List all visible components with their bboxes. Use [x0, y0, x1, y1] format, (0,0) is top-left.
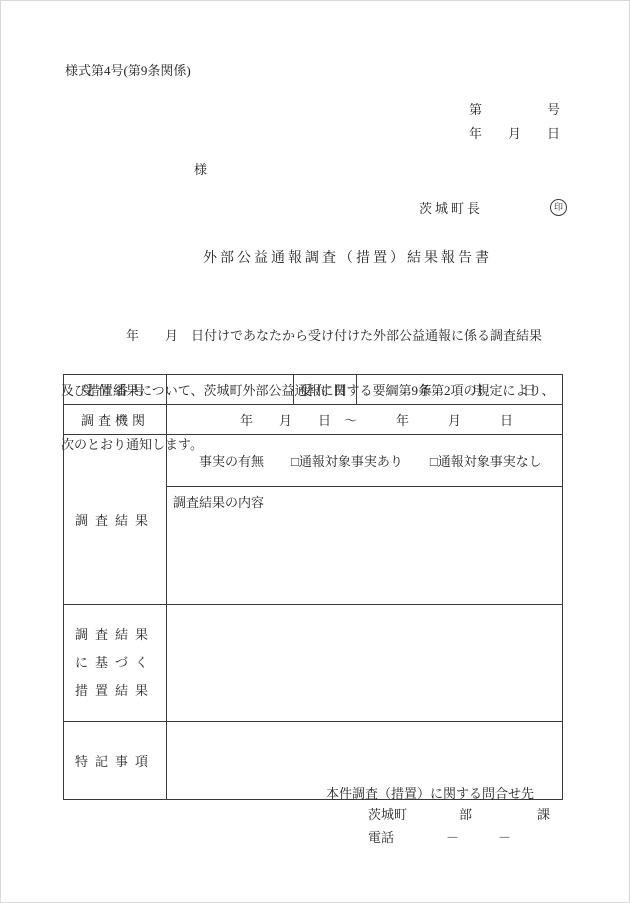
fact-presence-cell: 事実の有無□通報対象事実あり□通報対象事実なし — [167, 435, 563, 487]
reception-number-label: 受付番号 — [64, 375, 167, 405]
measures-label-line-3: 措置結果 — [64, 677, 166, 705]
seal-icon: 印 — [550, 199, 567, 216]
result-content-cell: 調査結果の内容 — [167, 487, 563, 605]
checkbox-facts-present: □通報対象事実あり — [291, 454, 403, 469]
issue-date-line: 年 月 日 — [469, 126, 560, 142]
reception-date-value: 年 月 日 — [357, 375, 563, 405]
result-content-label: 調査結果の内容 — [173, 495, 264, 510]
document-title: 外部公益通報調査（措置）結果報告書 — [203, 251, 492, 267]
report-form-table: 受付番号 受付日 年 月 日 調査機関 年 月 日 ～ 年 月 日 調査結果 事… — [63, 374, 563, 800]
sender-name: 茨城町長 — [419, 201, 483, 217]
investigation-agency-label: 調査機関 — [64, 405, 167, 435]
contact-heading: 本件調査（措置）に関する問合せ先 — [326, 786, 534, 802]
measures-result-label: 調査結果 に基づく 措置結果 — [64, 605, 167, 722]
addressee-honorific: 様 — [194, 162, 207, 178]
investigation-result-label: 調査結果 — [64, 435, 167, 605]
document-page: 様式第4号(第9条関係) 第 号 年 月 日 様 茨城町長 印 外部公益通報調査… — [0, 0, 630, 903]
fact-presence-label: 事実の有無 — [199, 454, 264, 469]
special-notes-label: 特記事項 — [64, 722, 167, 800]
form-number: 様式第4号(第9条関係) — [65, 63, 191, 79]
investigation-period-value: 年 月 日 ～ 年 月 日 — [167, 405, 563, 435]
reception-number-value-cell — [167, 375, 294, 405]
measures-label-line-2: に基づく — [64, 649, 166, 677]
reception-date-label: 受付日 — [294, 375, 357, 405]
body-line-1: 年 月 日付けであなたから受け付けた外部公益通報に係る調査結果 — [61, 325, 573, 348]
contact-organization: 茨城町 部 課 — [368, 807, 550, 823]
measures-result-cell — [167, 605, 563, 722]
seal-char: 印 — [554, 203, 563, 212]
measures-label-line-1: 調査結果 — [64, 621, 166, 649]
checkbox-facts-absent: □通報対象事実なし — [430, 454, 542, 469]
doc-number-line: 第 号 — [469, 102, 560, 118]
contact-phone: 電話 － － — [368, 830, 511, 846]
